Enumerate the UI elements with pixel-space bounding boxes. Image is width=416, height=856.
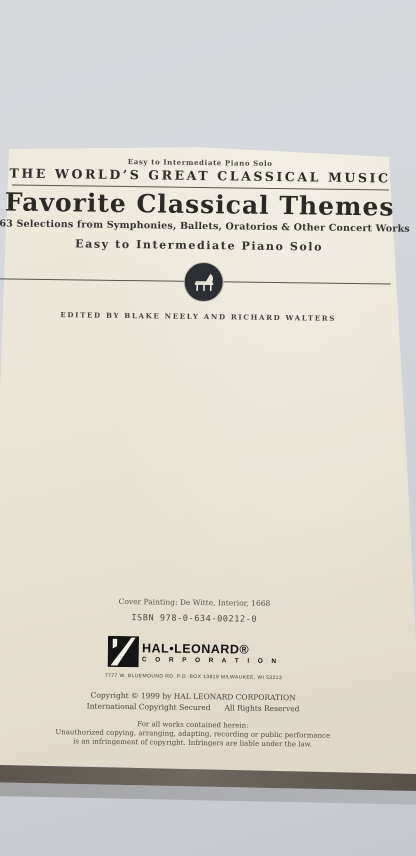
grand-piano-icon [187,266,219,298]
edition-label: Easy to Intermediate Piano Solo [0,236,399,254]
rights-reserved: All Rights Reserved [224,703,299,713]
cover-painting-credit: Cover Painting: De Witte, Interior, 1668 [0,595,395,609]
publisher-logo-block: HAL•LEONARD® C O R P O R A T I O N [0,634,394,670]
photo-of-book: { "colors": { "backdrop": "#d2d5da", "pa… [0,0,416,856]
publisher-address: 7777 W. BLUEMOUND RD. P.O. BOX 13819 MIL… [0,671,394,682]
edited-by-credit: EDITED BY BLAKE NEELY AND RICHARD WALTER… [0,309,398,323]
isbn-number: ISBN 978-0-634-00212-0 [0,611,394,626]
book-title: Favorite Classical Themes [0,187,400,221]
publisher-name: HAL•LEONARD® [142,642,280,656]
page-content: Easy to Intermediate Piano Solo THE WORL… [0,0,402,856]
copyright-secured: International Copyright Secured [87,702,211,713]
publisher-name-line2: C O R P O R A T I O N [142,657,280,665]
publisher-name-block: HAL•LEONARD® C O R P O R A T I O N [142,636,280,665]
hal-leonard-hl-monogram-icon [108,636,139,667]
piano-badge [183,262,224,303]
